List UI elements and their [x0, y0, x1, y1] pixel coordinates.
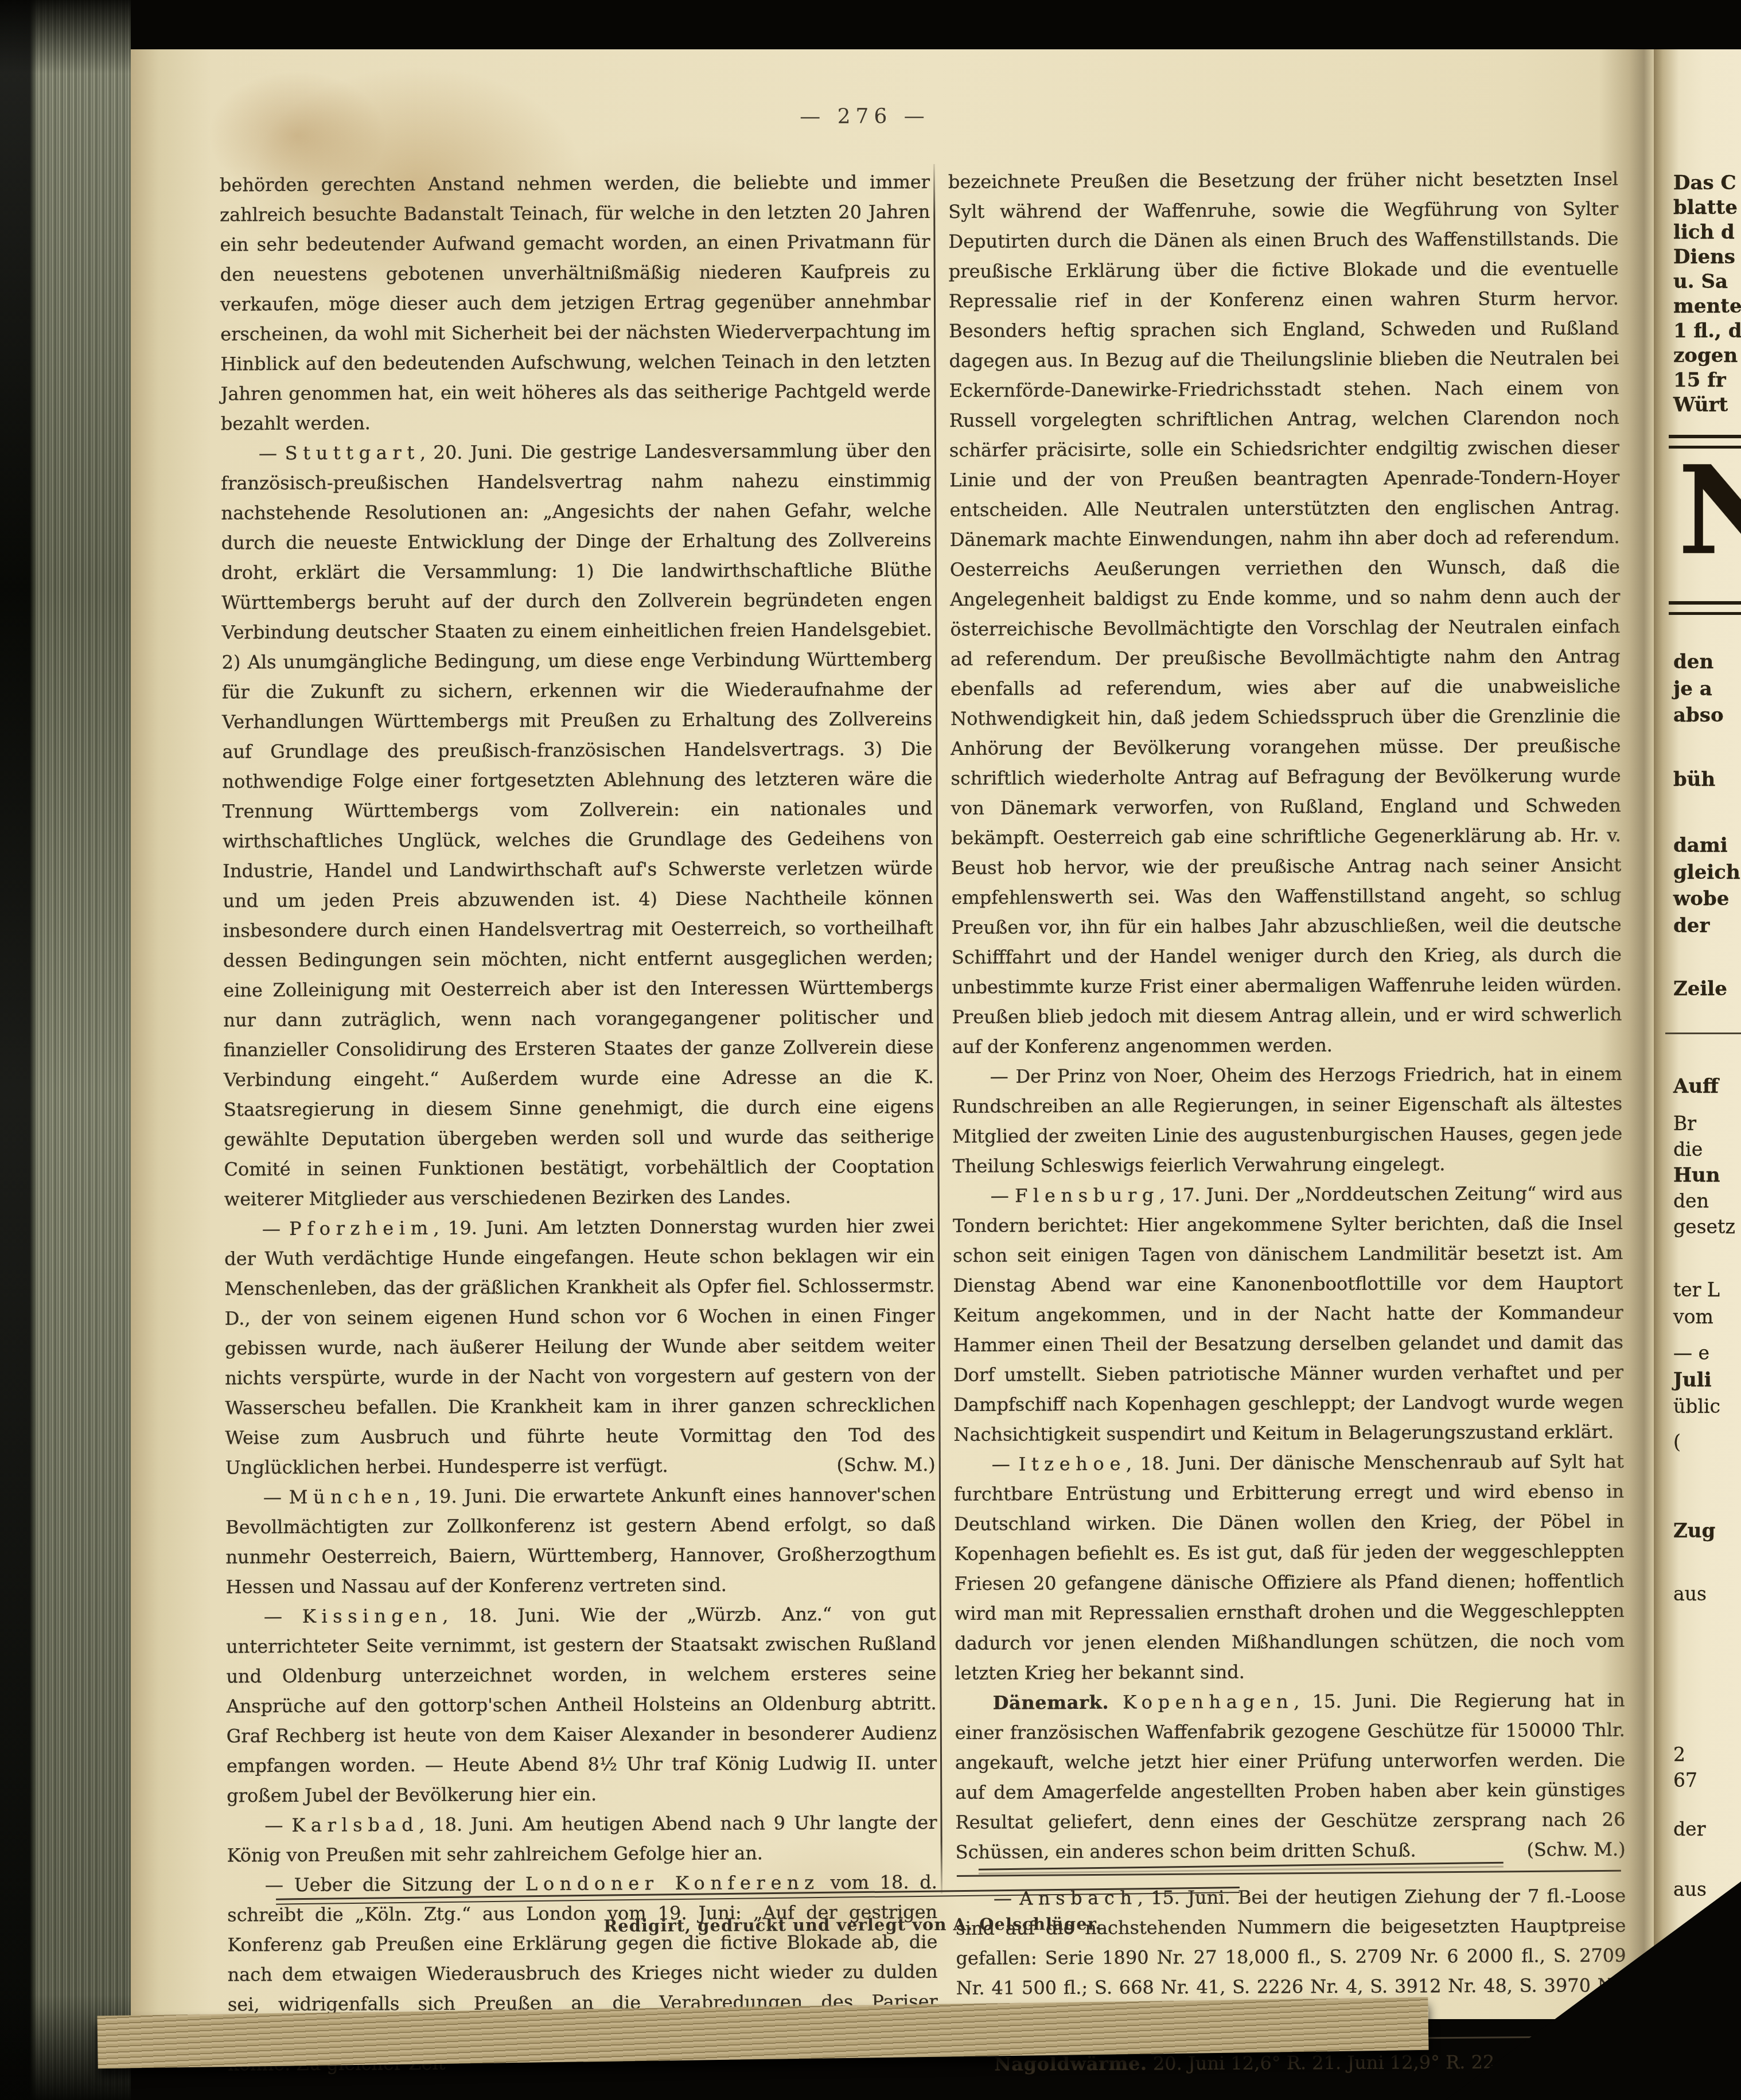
page-content: — 276 — behörden gerechten Anstand nehme… — [127, 46, 1741, 2023]
paragraph-text: — Der Prinz von Noer, Oheim des Herzogs … — [952, 1063, 1622, 1177]
next-page-text-fragment: je a — [1673, 678, 1712, 700]
left-column: behörden gerechten Anstand nehmen werden… — [220, 167, 938, 2079]
next-page-text-fragment: üblic — [1673, 1396, 1720, 1417]
next-page-text-fragment: Br — [1673, 1113, 1696, 1135]
dateline-place: Stuttgart — [285, 442, 420, 464]
next-page-text-fragment: Zug — [1673, 1520, 1715, 1542]
news-paragraph: — Kissingen, 18. Juni. Wie der „Würzb. A… — [226, 1599, 937, 1810]
separator-rule-fragment — [1665, 1033, 1741, 1034]
paragraph-text: — — [262, 1218, 289, 1240]
news-paragraph: behörden gerechten Anstand nehmen werden… — [220, 167, 931, 438]
next-page-text-fragment: Zeile — [1673, 978, 1727, 1000]
next-page-text-fragment: ter L — [1673, 1279, 1720, 1301]
next-page-text-fragment: 1 fl., d — [1673, 320, 1741, 342]
paragraph-text: — — [264, 1606, 302, 1627]
next-page-text-fragment: die — [1673, 1139, 1703, 1160]
next-page-text-fragment: 15 fr — [1673, 369, 1726, 391]
next-page-text-fragment: zogen — [1673, 345, 1738, 367]
news-paragraph: — Itzehoe, 18. Juni. Der dänische Mensch… — [954, 1447, 1625, 1688]
news-paragraph: — Karlsbad, 18. Juni. Am heutigen Abend … — [227, 1807, 937, 1870]
dateline-place: Kopenhagen — [1123, 1690, 1294, 1713]
page-gutter-shadow — [1599, 49, 1654, 2019]
next-page-text-fragment: Hun — [1673, 1164, 1720, 1186]
next-page-text-fragment: gleich — [1673, 862, 1740, 883]
next-page-text-fragment: dami — [1673, 835, 1728, 856]
next-page-text-fragment: gesetz — [1673, 1216, 1735, 1238]
paragraph-text: , 18. Juni. Wie der „Würzb. Anz.“ von gu… — [226, 1603, 937, 1806]
next-page-text-fragment: Juli — [1673, 1369, 1712, 1391]
paragraph-text: , 17. Juni. Der „Norddeutschen Zeitung“ … — [953, 1182, 1624, 1446]
paragraph-text: — Ueber die Sitzung der — [265, 1873, 525, 1896]
next-page-text-fragment: aus — [1673, 1583, 1707, 1605]
news-paragraph: — Pforzheim, 19. Juni. Am letzten Donner… — [224, 1211, 936, 1482]
news-paragraph: — Flensburg, 17. Juni. Der „Norddeutsche… — [953, 1178, 1624, 1450]
masthead-initial-fragment: N — [1678, 454, 1741, 567]
paragraph-text: bezeichnete Preußen die Besetzung der fr… — [948, 168, 1622, 1058]
news-paragraph: bezeichnete Preußen die Besetzung der fr… — [948, 164, 1622, 1062]
next-page-text-fragment: 67 — [1673, 1770, 1697, 1791]
dateline-place: Itzehoe — [1019, 1453, 1126, 1475]
paragraph-text: — — [264, 1814, 291, 1836]
next-page-text-fragment: lich d — [1673, 221, 1735, 243]
dateline-place: Flensburg — [1015, 1184, 1159, 1206]
paragraph-text: , 19. Juni. Am letzten Donnerstag wurden… — [224, 1215, 936, 1478]
next-page-text-fragment: ( — [1673, 1431, 1681, 1453]
section-rule — [957, 1870, 1621, 1877]
dateline-place: Londoner Konferenz — [525, 1872, 820, 1895]
next-page-text-fragment: Das C — [1673, 172, 1736, 194]
news-paragraph: Dänemark. Kopenhagen, 15. Juni. Die Regi… — [955, 1685, 1625, 1867]
news-paragraph: — Der Prinz von Noer, Oheim des Herzogs … — [952, 1059, 1623, 1181]
next-page-text-fragment: mente — [1673, 295, 1741, 317]
next-page-text-fragment: wobe — [1673, 888, 1729, 910]
dateline-place: Kissingen — [302, 1605, 442, 1627]
paragraph-text: — — [259, 442, 285, 464]
news-paragraph: — München, 19. Juni. Die erwartete Ankun… — [225, 1479, 936, 1602]
next-page-text-fragment: Würt — [1673, 394, 1728, 416]
page-number: — 276 — — [778, 104, 951, 128]
next-page-text-fragment: der — [1673, 915, 1709, 937]
book-spine-page-edges — [0, 0, 131, 2100]
dateline-place: München — [289, 1486, 415, 1508]
next-page-text-fragment: vom — [1673, 1306, 1713, 1328]
next-page-text-fragment: — e — [1673, 1342, 1709, 1364]
next-page-text-fragment: aus — [1673, 1879, 1707, 1900]
newspaper-page: — 276 — behörden gerechten Anstand nehme… — [131, 49, 1741, 2019]
bold-lead: Dänemark. — [993, 1692, 1123, 1714]
scanned-newspaper-photo: — 276 — behörden gerechten Anstand nehme… — [0, 0, 1741, 2100]
paragraph-text: , 20. Juni. Die gestrige Landesversammlu… — [221, 439, 934, 1210]
next-page-text-fragment: abso — [1673, 704, 1724, 726]
dateline-place: Karlsbad — [291, 1814, 419, 1836]
right-column: bezeichnete Preußen die Besetzung der fr… — [948, 164, 1627, 2079]
next-page-text-fragment: büh — [1673, 769, 1715, 790]
next-page-text-fragment: den — [1673, 1190, 1709, 1212]
paragraph-text: — — [263, 1486, 289, 1508]
next-page-text-fragment: der — [1673, 1818, 1705, 1840]
next-page-edge-strip: Das Cblattelich dDiensu. Samente1 fl., d… — [1654, 49, 1741, 2019]
paragraph-text: — — [991, 1185, 1015, 1206]
next-page-text-fragment: den — [1673, 651, 1713, 673]
next-page-text-fragment: Diens — [1673, 246, 1735, 268]
news-paragraph: — Stuttgart, 20. Juni. Die gestrige Land… — [221, 435, 934, 1214]
separator-rule-fragment — [1669, 601, 1741, 615]
paragraph-text: , 18. Juni. Der dänische Menschenraub au… — [954, 1451, 1625, 1684]
next-page-text-fragment: Auff — [1673, 1076, 1719, 1097]
next-page-text-fragment: blatte — [1673, 197, 1738, 219]
source-credit: (Schw. M.) — [799, 1450, 936, 1480]
paragraph-text: — — [992, 1453, 1019, 1475]
bold-lead: Nagoldwärme. — [994, 2052, 1147, 2075]
dateline-place: Pforzheim — [289, 1217, 433, 1240]
next-page-text-fragment: u. Sa — [1673, 271, 1728, 293]
paragraph-text: behörden gerechten Anstand nehmen werden… — [220, 171, 931, 434]
next-page-text-fragment: 2 — [1673, 1744, 1685, 1766]
